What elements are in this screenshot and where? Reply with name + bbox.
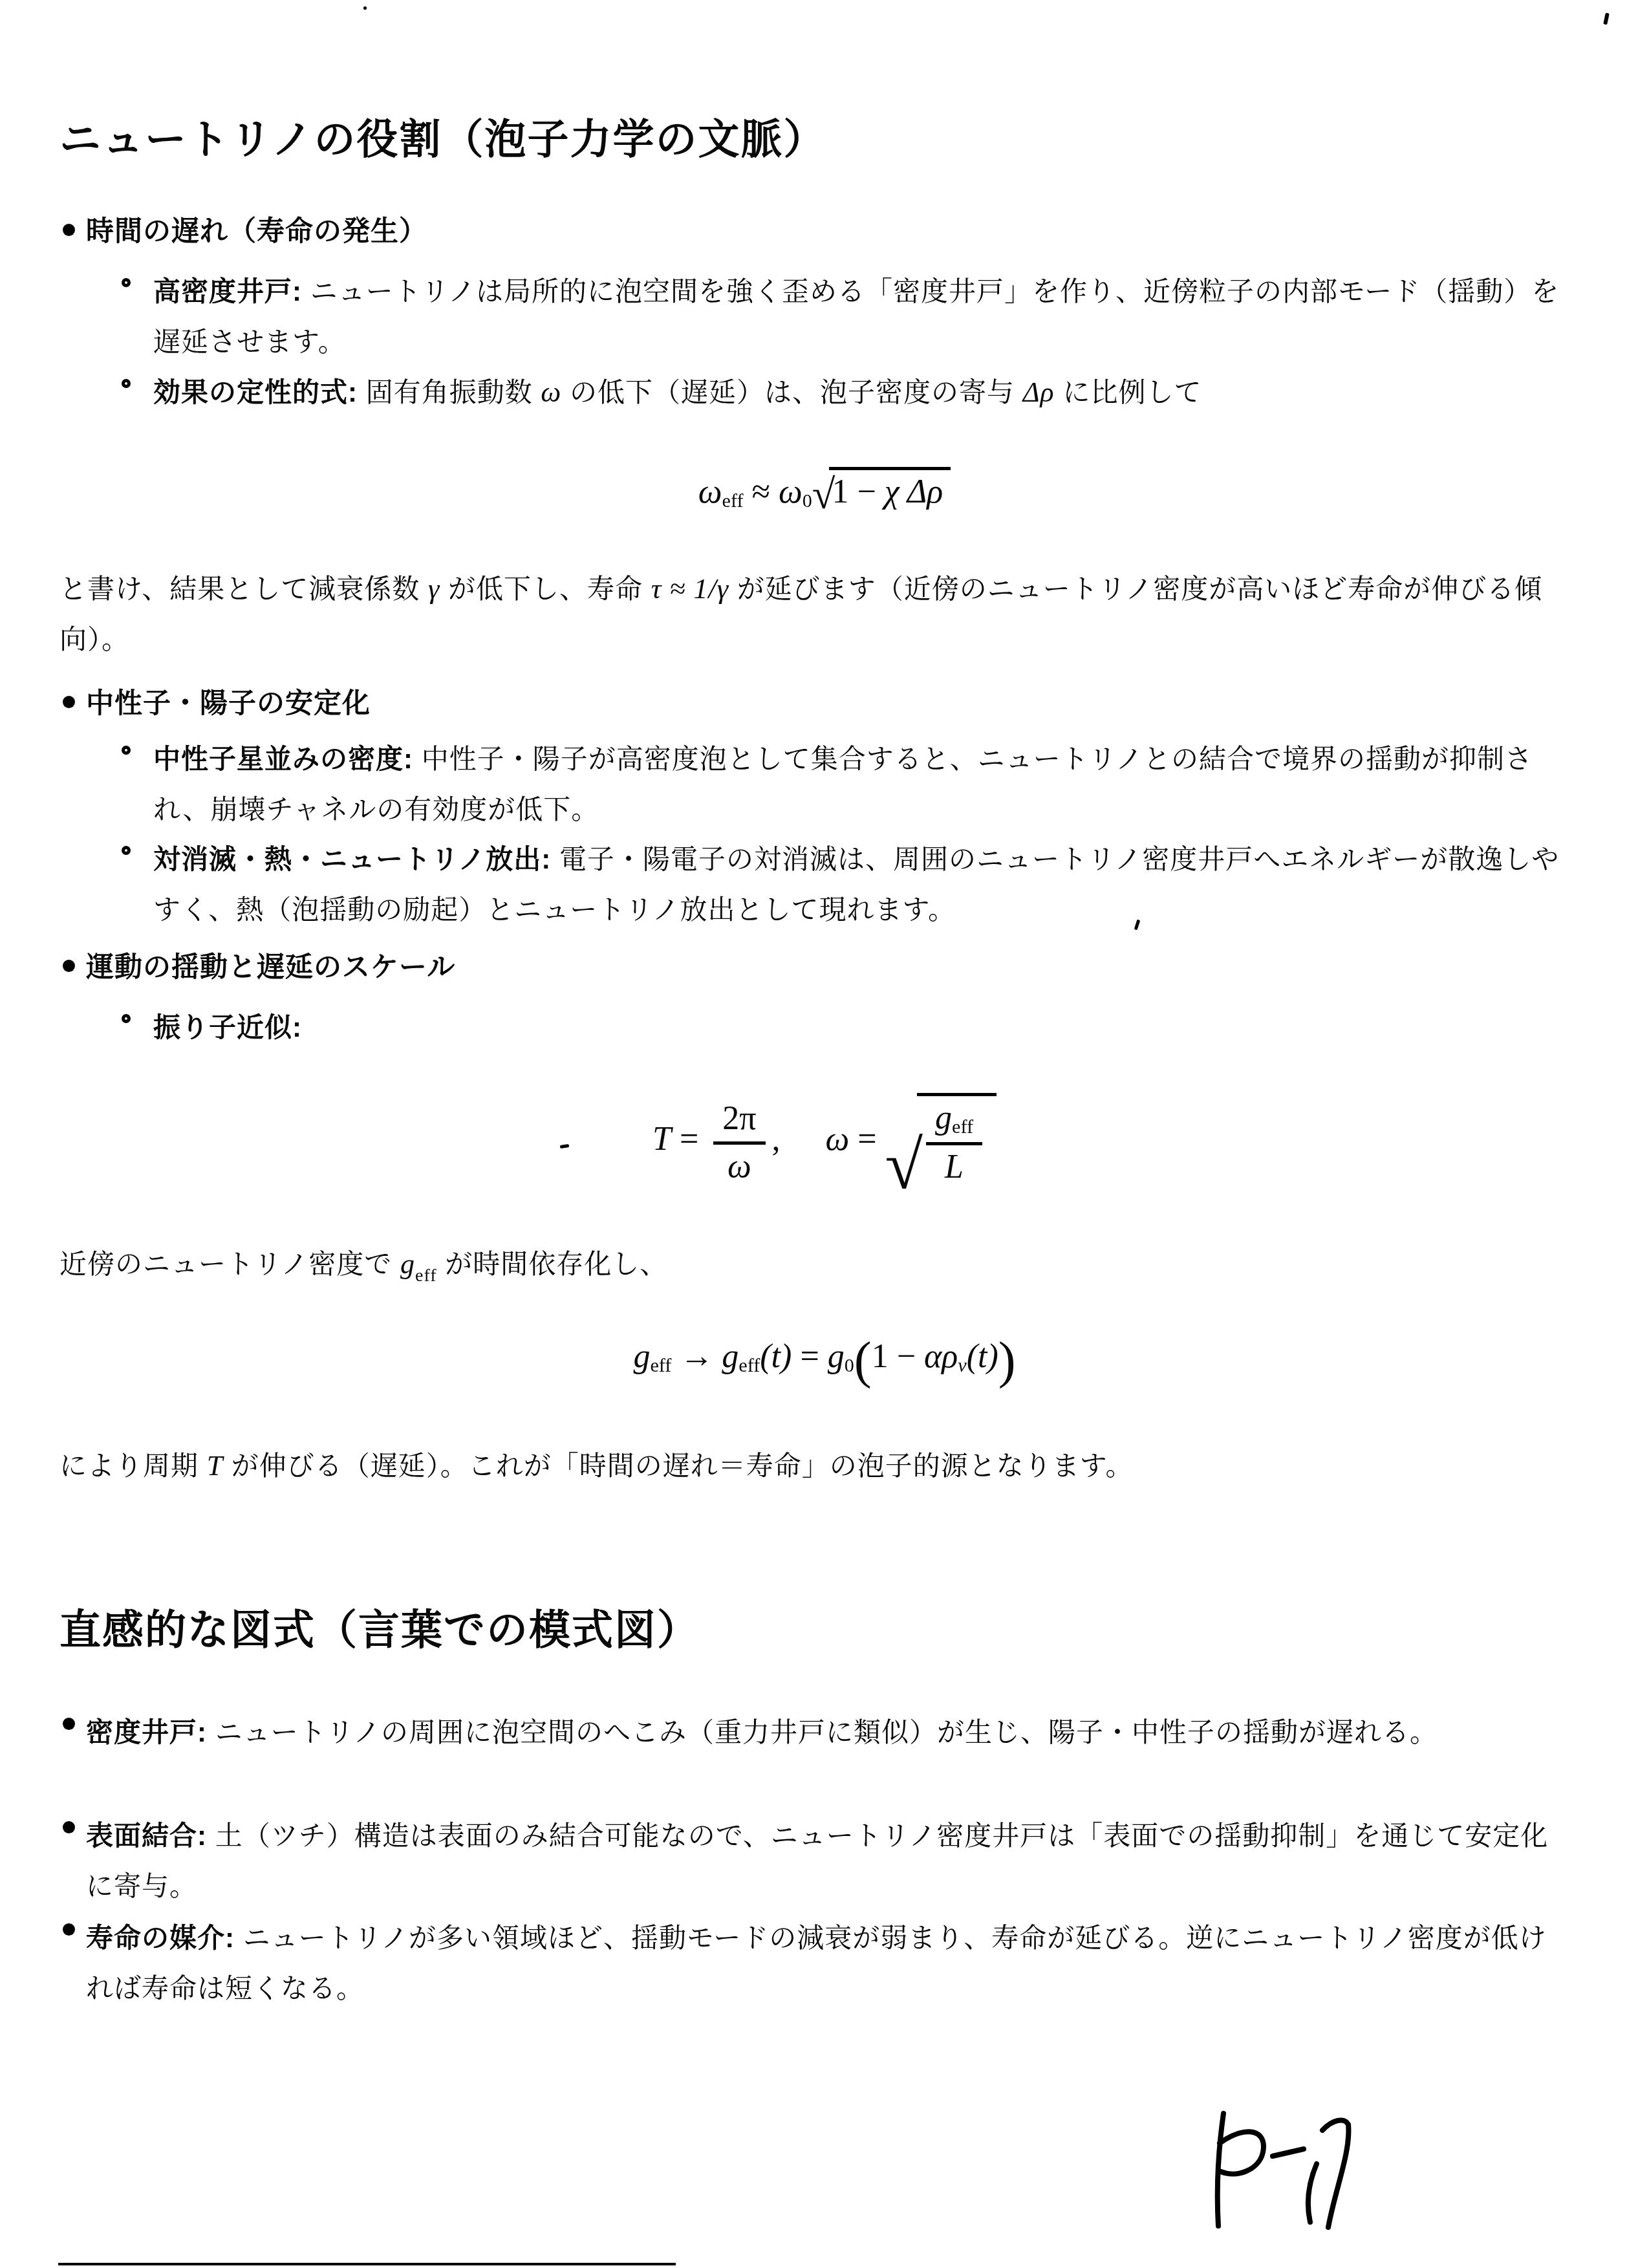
sub-bullet-qualitative-formula: 効果の定性的式: 固有角振動数 ω の低下（遅延）は、泡子密度の寄与 Δρ に比… xyxy=(122,367,1573,418)
handwriting-stroke xyxy=(1273,2149,1304,2156)
sub-bullet-annihilation: 対消滅・熱・ニュートリノ放出: 電子・陽電子の対消滅は、周囲のニュートリノ密度井… xyxy=(122,834,1573,935)
bullet-text: 密度井戸: ニュートリノの周囲に泡空間のへこみ（重力井戸に類似）が生じ、陽子・中… xyxy=(86,1707,1571,1758)
math-subscript: ν xyxy=(958,1354,966,1376)
body-text: ニュートリノが多い領域ほど、揺動モードの減衰が弱まり、寿命が延びる。逆にニュート… xyxy=(86,1923,1547,2003)
fraction: 2πω xyxy=(713,1099,765,1185)
bullet-icon xyxy=(63,1718,75,1730)
circle-bullet-icon xyxy=(122,846,131,855)
term-label: 寿命の媒介: xyxy=(86,1923,235,1953)
math-text: , xyxy=(772,1121,781,1158)
term-label: 振り子近似: xyxy=(153,1012,302,1042)
bullet-icon xyxy=(63,696,75,708)
scan-edge-line xyxy=(58,2263,676,2265)
math-var: T xyxy=(652,1121,671,1158)
handwritten-page-number xyxy=(1190,2102,1358,2238)
bullet-heading: 中性子・陽子の安定化 xyxy=(86,686,1571,722)
sub-bullet-text: 振り子近似: xyxy=(153,1002,1573,1053)
radical: √geffL xyxy=(885,1121,997,1158)
handwriting-stroke xyxy=(1308,2164,1317,2222)
body-text: ニュートリノは局所的に泡空間を強く歪める「密度井戸」を作り、近傍粒子の内部モード… xyxy=(153,276,1559,357)
sub-bullet-text: 中性子星並みの密度: 中性子・陽子が高密度泡として集合すると、ニュートリノとの結… xyxy=(153,734,1573,835)
bullet-item-lifetime-mediation: 寿命の媒介: ニュートリノが多い領域ほど、揺動モードの減衰が弱まり、寿命が延びる… xyxy=(61,1913,1571,2014)
inline-math-g: g xyxy=(400,1248,415,1280)
math-relation: = xyxy=(849,1121,885,1158)
math-var: g xyxy=(633,1338,650,1375)
math-var: αρ xyxy=(924,1338,958,1375)
bullet-item-time-delay: 時間の遅れ（寿命の発生） xyxy=(61,213,1571,250)
section-title-intuitive-diagram: 直感的な図式（言葉での模式図） xyxy=(59,1604,1591,1656)
radical: √1 − χ Δρ xyxy=(812,473,951,510)
sub-bullet-neutron-star-density: 中性子星並みの密度: 中性子・陽子が高密度泡として集合すると、ニュートリノとの結… xyxy=(122,734,1573,835)
inline-math-delta-rho: Δρ xyxy=(1023,376,1055,408)
formula-omega-eff: ωeff ≈ ω0√1 − χ Δρ xyxy=(113,467,1536,519)
math-var: ω xyxy=(779,473,803,510)
math-relation: ≈ xyxy=(743,473,779,510)
fraction-numerator: geff xyxy=(926,1099,982,1145)
radicand: geffL xyxy=(917,1093,997,1186)
term-label: 対消滅・熱・ニュートリノ放出: xyxy=(153,844,551,874)
open-paren: ( xyxy=(854,1332,872,1389)
bullet-heading: 運動の揺動と遅延のスケール xyxy=(86,949,1571,986)
bullet-heading: 時間の遅れ（寿命の発生） xyxy=(86,213,1571,250)
close-paren: ) xyxy=(998,1332,1016,1389)
bullet-item-stabilization: 中性子・陽子の安定化 xyxy=(61,686,1571,722)
sub-bullet-pendulum: 振り子近似: xyxy=(122,1002,1573,1053)
term-label: 中性子星並みの密度: xyxy=(153,744,413,774)
body-text: が伸びる（遅延）。これが「時間の遅れ＝寿命」の泡子的源となります。 xyxy=(223,1451,1133,1481)
handwriting-stroke xyxy=(1322,2121,1348,2227)
math-var: ω xyxy=(698,473,722,510)
paragraph-damping: と書け、結果として減衰係数 γ が低下し、寿命 τ ≈ 1/γ が延びます（近傍… xyxy=(59,564,1573,665)
formula-pendulum: T = 2πω,ω = √geffL xyxy=(113,1093,1536,1205)
term-label: 表面結合: xyxy=(86,1820,207,1851)
math-var: g xyxy=(722,1338,738,1375)
math-relation: = xyxy=(792,1338,827,1375)
math-var: ω xyxy=(826,1121,850,1158)
math-text: (t) xyxy=(760,1338,792,1375)
fraction-denominator: ω xyxy=(713,1145,765,1185)
sub-bullet-text: 対消滅・熱・ニュートリノ放出: 電子・陽電子の対消滅は、周囲のニュートリノ密度井… xyxy=(153,834,1573,935)
bullet-icon xyxy=(63,1923,75,1936)
circle-bullet-icon xyxy=(122,746,131,755)
body-text: が時間依存化し、 xyxy=(437,1249,668,1279)
sub-bullet-high-density-well: 高密度井戸: ニュートリノは局所的に泡空間を強く歪める「密度井戸」を作り、近傍粒… xyxy=(122,266,1573,367)
math-subscript: eff xyxy=(952,1116,973,1138)
scan-artifact xyxy=(1603,13,1610,25)
term-label: 効果の定性的式: xyxy=(153,377,358,407)
circle-bullet-icon xyxy=(122,379,131,388)
math-subscript: 0 xyxy=(803,490,812,512)
bullet-icon xyxy=(63,1821,75,1833)
term-label: 高密度井戸: xyxy=(153,276,302,307)
radicand: 1 − χ Δρ xyxy=(829,467,951,511)
math-text: 1 − xyxy=(832,473,884,510)
body-text: により周期 xyxy=(59,1451,207,1481)
handwriting-stroke xyxy=(1220,2132,1264,2174)
formula-geff: geff → geff(t) = g0(1 − αρν(t)) xyxy=(113,1331,1536,1390)
sub-bullet-text: 効果の定性的式: 固有角振動数 ω の低下（遅延）は、泡子密度の寄与 Δρ に比… xyxy=(153,367,1573,418)
page-title: ニュートリノの役割（泡子力学の文脈） xyxy=(59,113,1591,165)
body-text: と書け、結果として減衰係数 xyxy=(59,574,428,604)
scan-artifact xyxy=(363,6,367,10)
body-text: が低下し、寿命 xyxy=(440,574,651,604)
fraction: geffL xyxy=(926,1099,982,1186)
math-subscript: eff xyxy=(415,1266,437,1286)
inline-math-gamma: γ xyxy=(428,573,440,605)
circle-bullet-icon xyxy=(122,1014,131,1023)
math-text: (t) xyxy=(967,1338,998,1375)
math-subscript: 0 xyxy=(845,1354,854,1376)
math-arrow: → xyxy=(671,1338,722,1375)
term-label: 密度井戸: xyxy=(86,1717,207,1747)
bullet-icon xyxy=(63,224,75,236)
paragraph-period-延伸: により周期 T が伸びる（遅延）。これが「時間の遅れ＝寿命」の泡子的源となります… xyxy=(59,1441,1573,1491)
inline-math-omega: ω xyxy=(541,376,561,408)
inline-math-T: T xyxy=(207,1450,223,1482)
math-subscript: eff xyxy=(722,490,744,512)
circle-bullet-icon xyxy=(122,278,131,287)
body-text: 土（ツチ）構造は表面のみ結合可能なので、ニュートリノ密度井戸は「表面での揺動抑制… xyxy=(86,1820,1548,1901)
body-text: に比例して xyxy=(1055,377,1202,407)
math-subscript: eff xyxy=(650,1354,671,1376)
bullet-item-surface-binding: 表面結合: 土（ツチ）構造は表面のみ結合可能なので、ニュートリノ密度井戸は「表面… xyxy=(61,1811,1571,1912)
paragraph-geff-dependence: 近傍のニュートリノ密度で geff が時間依存化し、 xyxy=(59,1239,1573,1301)
fraction-numerator: 2π xyxy=(713,1099,765,1145)
bullet-item-oscillation-scale: 運動の揺動と遅延のスケール xyxy=(61,949,1571,986)
body-text: の低下（遅延）は、泡子密度の寄与 xyxy=(561,377,1022,407)
body-text: 近傍のニュートリノ密度で xyxy=(59,1249,400,1279)
body-text: ニュートリノの周囲に泡空間のへこみ（重力井戸に類似）が生じ、陽子・中性子の揺動が… xyxy=(207,1717,1438,1747)
bullet-icon xyxy=(63,960,75,972)
math-var: χ Δρ xyxy=(885,473,943,510)
fraction-denominator: L xyxy=(926,1145,982,1186)
math-var: g xyxy=(828,1338,845,1375)
bullet-item-density-well: 密度井戸: ニュートリノの周囲に泡空間のへこみ（重力井戸に類似）が生じ、陽子・中… xyxy=(61,1707,1571,1758)
math-var: g xyxy=(935,1099,952,1136)
body-text: 固有角振動数 xyxy=(358,377,541,407)
bullet-text: 寿命の媒介: ニュートリノが多い領域ほど、揺動モードの減衰が弱まり、寿命が延びる… xyxy=(86,1913,1571,2014)
bullet-text: 表面結合: 土（ツチ）構造は表面のみ結合可能なので、ニュートリノ密度井戸は「表面… xyxy=(86,1811,1571,1912)
inline-math-tau: τ ≈ 1/γ xyxy=(651,573,729,605)
sub-bullet-text: 高密度井戸: ニュートリノは局所的に泡空間を強く歪める「密度井戸」を作り、近傍粒… xyxy=(153,266,1573,367)
math-text: 1 − xyxy=(872,1338,924,1375)
math-subscript: eff xyxy=(738,1354,760,1376)
math-relation: = xyxy=(671,1121,707,1158)
